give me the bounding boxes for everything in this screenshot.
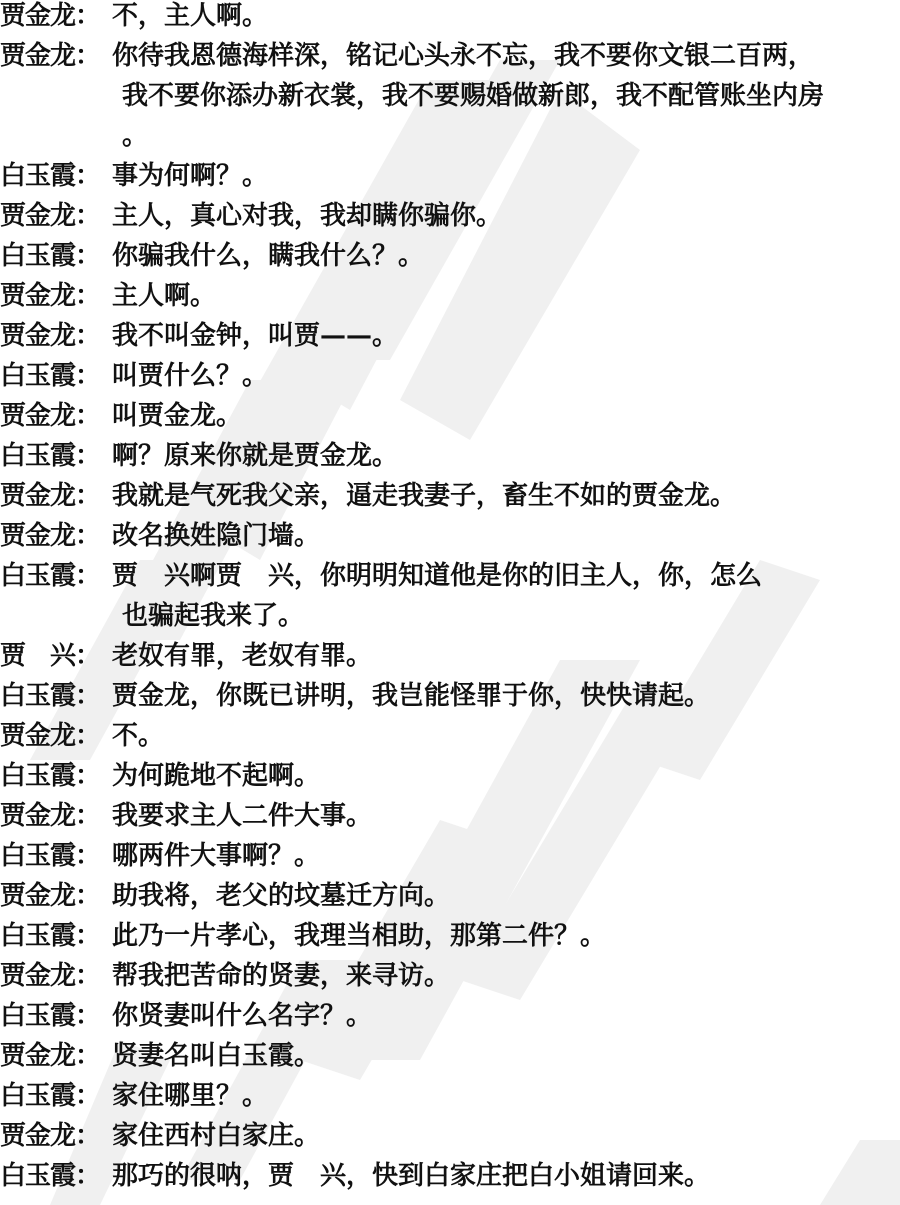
dialogue-line: 白玉霞：哪两件大事啊？。 — [0, 836, 900, 876]
dialogue-line: 贾金龙：主人啊。 — [0, 276, 900, 316]
speaker-name: 白玉霞： — [0, 436, 112, 476]
speaker-name: 贾金龙： — [0, 876, 112, 916]
speaker-name: 白玉霞： — [0, 556, 112, 596]
dialogue-line: 白玉霞：贾金龙，你既已讲明，我岂能怪罪于你，快快请起。 — [0, 676, 900, 716]
speaker-name: 贾金龙： — [0, 1036, 112, 1076]
dialogue-text: 你待我恩德海样深，铭记心头永不忘，我不要你文银二百两， — [112, 36, 900, 76]
dialogue-line: 白玉霞：那巧的很呐，贾 兴，快到白家庄把白小姐请回来。 — [0, 1156, 900, 1196]
dialogue-line: 白玉霞：啊？原来你就是贾金龙。 — [0, 436, 900, 476]
speaker-name: 白玉霞： — [0, 156, 112, 196]
script-dialogue: 贾金龙：不，主人啊。贾金龙：你待我恩德海样深，铭记心头永不忘，我不要你文银二百两… — [0, 0, 900, 1196]
dialogue-text: 啊？原来你就是贾金龙。 — [112, 436, 900, 476]
dialogue-line: 贾金龙：帮我把苦命的贤妻，来寻访。 — [0, 956, 900, 996]
dialogue-text: 贤妻名叫白玉霞。 — [112, 1036, 900, 1076]
dialogue-text: 主人，真心对我，我却瞒你骗你。 — [112, 196, 900, 236]
dialogue-text: 事为何啊？。 — [112, 156, 900, 196]
speaker-name: 贾金龙： — [0, 716, 112, 756]
dialogue-line: 白玉霞：你骗我什么，瞒我什么？。 — [0, 236, 900, 276]
dialogue-text: 我不叫金钟，叫贾——。 — [112, 316, 900, 356]
speaker-name: 白玉霞： — [0, 356, 112, 396]
dialogue-text: 不，主人啊。 — [112, 0, 900, 36]
dialogue-continuation: 也骗起我来了。 — [0, 596, 900, 636]
dialogue-text: 我要求主人二件大事。 — [112, 796, 900, 836]
dialogue-text: 贾金龙，你既已讲明，我岂能怪罪于你，快快请起。 — [112, 676, 900, 716]
dialogue-line: 贾金龙：我要求主人二件大事。 — [0, 796, 900, 836]
dialogue-text: 主人啊。 — [112, 276, 900, 316]
dialogue-line: 贾金龙：不，主人啊。 — [0, 0, 900, 36]
dialogue-line: 贾金龙：我不叫金钟，叫贾——。 — [0, 316, 900, 356]
dialogue-text: 为何跪地不起啊。 — [112, 756, 900, 796]
dialogue-line: 贾金龙：改名换姓隐门墙。 — [0, 516, 900, 556]
speaker-name: 贾金龙： — [0, 476, 112, 516]
dialogue-line: 白玉霞：家住哪里？。 — [0, 1076, 900, 1116]
dialogue-text: 家住西村白家庄。 — [112, 1116, 900, 1156]
dialogue-text: 哪两件大事啊？。 — [112, 836, 900, 876]
dialogue-line: 白玉霞：为何跪地不起啊。 — [0, 756, 900, 796]
speaker-name: 贾金龙： — [0, 1116, 112, 1156]
speaker-name: 白玉霞： — [0, 676, 112, 716]
dialogue-text: 我就是气死我父亲，逼走我妻子，畜生不如的贾金龙。 — [112, 476, 900, 516]
dialogue-continuation: 。 — [0, 116, 900, 156]
dialogue-line: 白玉霞：你贤妻叫什么名字？。 — [0, 996, 900, 1036]
speaker-name: 白玉霞： — [0, 236, 112, 276]
dialogue-line: 白玉霞：此乃一片孝心，我理当相助，那第二件？。 — [0, 916, 900, 956]
dialogue-text: 老奴有罪，老奴有罪。 — [112, 636, 900, 676]
dialogue-text: 你骗我什么，瞒我什么？。 — [112, 236, 900, 276]
dialogue-text: 改名换姓隐门墙。 — [112, 516, 900, 556]
speaker-name: 贾金龙： — [0, 196, 112, 236]
dialogue-text: 叫贾金龙。 — [112, 396, 900, 436]
dialogue-line: 贾金龙：不。 — [0, 716, 900, 756]
dialogue-line: 白玉霞：贾 兴啊贾 兴，你明明知道他是你的旧主人，你，怎么 — [0, 556, 900, 596]
dialogue-text: 助我将，老父的坟墓迁方向。 — [112, 876, 900, 916]
speaker-name: 贾金龙： — [0, 796, 112, 836]
speaker-name: 白玉霞： — [0, 1076, 112, 1116]
speaker-name: 贾金龙： — [0, 36, 112, 76]
dialogue-line: 贾 兴：老奴有罪，老奴有罪。 — [0, 636, 900, 676]
dialogue-text: 贾 兴啊贾 兴，你明明知道他是你的旧主人，你，怎么 — [112, 556, 900, 596]
speaker-name: 贾金龙： — [0, 396, 112, 436]
speaker-name: 白玉霞： — [0, 836, 112, 876]
speaker-name: 白玉霞： — [0, 916, 112, 956]
speaker-name: 贾金龙： — [0, 0, 112, 36]
dialogue-line: 贾金龙：助我将，老父的坟墓迁方向。 — [0, 876, 900, 916]
dialogue-text: 此乃一片孝心，我理当相助，那第二件？。 — [112, 916, 900, 956]
dialogue-line: 贾金龙：你待我恩德海样深，铭记心头永不忘，我不要你文银二百两， — [0, 36, 900, 76]
dialogue-line: 贾金龙：主人，真心对我，我却瞒你骗你。 — [0, 196, 900, 236]
speaker-name: 白玉霞： — [0, 1156, 112, 1196]
dialogue-line: 白玉霞：叫贾什么？。 — [0, 356, 900, 396]
dialogue-continuation: 我不要你添办新衣裳，我不要赐婚做新郎，我不配管账坐内房 — [0, 76, 900, 116]
speaker-name: 白玉霞： — [0, 996, 112, 1036]
speaker-name: 贾金龙： — [0, 276, 112, 316]
speaker-name: 贾 兴： — [0, 636, 112, 676]
dialogue-text: 叫贾什么？。 — [112, 356, 900, 396]
dialogue-line: 白玉霞：事为何啊？。 — [0, 156, 900, 196]
dialogue-text: 不。 — [112, 716, 900, 756]
dialogue-line: 贾金龙：我就是气死我父亲，逼走我妻子，畜生不如的贾金龙。 — [0, 476, 900, 516]
dialogue-line: 贾金龙：家住西村白家庄。 — [0, 1116, 900, 1156]
speaker-name: 贾金龙： — [0, 956, 112, 996]
speaker-name: 白玉霞： — [0, 756, 112, 796]
dialogue-text: 那巧的很呐，贾 兴，快到白家庄把白小姐请回来。 — [112, 1156, 900, 1196]
speaker-name: 贾金龙： — [0, 516, 112, 556]
dialogue-text: 帮我把苦命的贤妻，来寻访。 — [112, 956, 900, 996]
dialogue-line: 贾金龙：贤妻名叫白玉霞。 — [0, 1036, 900, 1076]
dialogue-text: 你贤妻叫什么名字？。 — [112, 996, 900, 1036]
dialogue-text: 家住哪里？。 — [112, 1076, 900, 1116]
speaker-name: 贾金龙： — [0, 316, 112, 356]
dialogue-line: 贾金龙：叫贾金龙。 — [0, 396, 900, 436]
